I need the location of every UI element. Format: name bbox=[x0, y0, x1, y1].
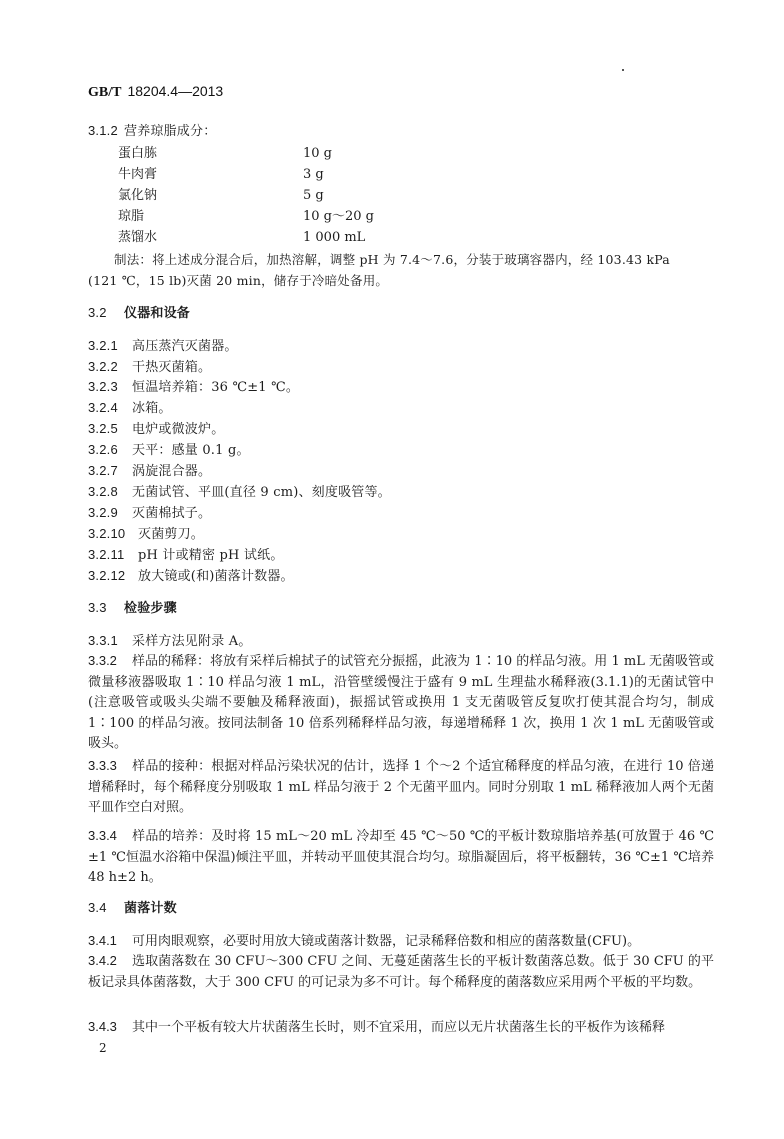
equipment-item: 3.2.4冰箱。 bbox=[88, 398, 714, 418]
clause-3-3-2: 3.3.2样品的稀释：将放有采样后棉拭子的试管充分振摇，此液为 1∶10 的样品… bbox=[88, 651, 714, 755]
scan-speck bbox=[622, 69, 624, 71]
equipment-item: 3.2.6天平：感量 0.1 g。 bbox=[88, 440, 714, 460]
ingredient-name: 琼脂 bbox=[118, 207, 144, 226]
equipment-item: 3.2.10灭菌剪刀。 bbox=[88, 524, 714, 544]
preparation-method-line-1: 制法：将上述成分混合后，加热溶解，调整 pH 为 7.4～7.6，分装于玻璃容器… bbox=[114, 250, 714, 269]
equipment-item: 3.2.8无菌试管、平皿(直径 9 cm)、刻度吸管等。 bbox=[88, 482, 714, 502]
equipment-item: 3.2.11pH 计或精密 pH 试纸。 bbox=[88, 545, 714, 565]
equipment-item: 3.2.1高压蒸汽灭菌器。 bbox=[88, 336, 714, 356]
ingredient-name: 蛋白胨 bbox=[118, 144, 157, 163]
ingredient-amount: 10 g～20 g bbox=[303, 207, 374, 226]
standard-header: GB/T18204.4—2013 bbox=[88, 83, 223, 101]
equipment-item: 3.2.3恒温培养箱：36 ℃±1 ℃。 bbox=[88, 377, 714, 397]
clause-3-3-3: 3.3.3样品的接种：根据对样品污染状况的估计，选择 1 个～2 个适宜稀释度的… bbox=[88, 756, 714, 819]
clause-3-3-4: 3.3.4样品的培养：及时将 15 mL～20 mL 冷却至 45 ℃～50 ℃… bbox=[88, 826, 714, 889]
equipment-item: 3.2.2干热灭菌箱。 bbox=[88, 357, 714, 377]
equipment-item: 3.2.9灭菌棉拭子。 bbox=[88, 503, 714, 523]
document-page: GB/T18204.4—2013 3.1.2营养琼脂成分： 蛋白胨 10 g 牛… bbox=[0, 0, 784, 1139]
preparation-method-line-2: (121 ℃，15 lb)灭菌 20 min，储存于冷暗处备用。 bbox=[88, 271, 714, 290]
page-number: 2 bbox=[99, 1041, 107, 1055]
clause-3-4-1: 3.4.1可用肉眼观察，必要时用放大镜或菌落计数器，记录稀释倍数和相应的菌落数量… bbox=[88, 931, 714, 953]
standard-code: GB/T bbox=[88, 85, 121, 100]
ingredient-name: 氯化钠 bbox=[118, 186, 157, 205]
section-3-4-heading: 3.4菌落计数 bbox=[88, 898, 714, 918]
clause-3-4-3: 3.4.3其中一个平板有较大片状菌落生长时，则不宜采用，而应以无片状菌落生长的平… bbox=[88, 1017, 714, 1039]
equipment-item: 3.2.12放大镜或(和)菌落计数器。 bbox=[88, 566, 714, 586]
ingredient-amount: 1 000 mL bbox=[303, 228, 365, 247]
ingredient-name: 蒸馏水 bbox=[118, 228, 157, 247]
clause-3-1-2-title: 3.1.2营养琼脂成分： bbox=[88, 121, 714, 141]
section-3-2-heading: 3.2仪器和设备 bbox=[88, 303, 714, 323]
ingredient-name: 牛肉膏 bbox=[118, 165, 157, 184]
ingredient-amount: 3 g bbox=[303, 165, 324, 184]
ingredient-amount: 10 g bbox=[303, 144, 332, 163]
clause-3-3-1: 3.3.1采样方法见附录 A。 bbox=[88, 631, 714, 651]
section-3-3-heading: 3.3检验步骤 bbox=[88, 598, 714, 618]
equipment-item: 3.2.7涡旋混合器。 bbox=[88, 461, 714, 481]
ingredient-amount: 5 g bbox=[303, 186, 324, 205]
standard-number: 18204.4—2013 bbox=[127, 83, 223, 99]
equipment-item: 3.2.5电炉或微波炉。 bbox=[88, 419, 714, 439]
clause-3-4-2: 3.4.2选取菌落数在 30 CFU～300 CFU 之间、无蔓延菌落生长的平板… bbox=[88, 951, 714, 993]
